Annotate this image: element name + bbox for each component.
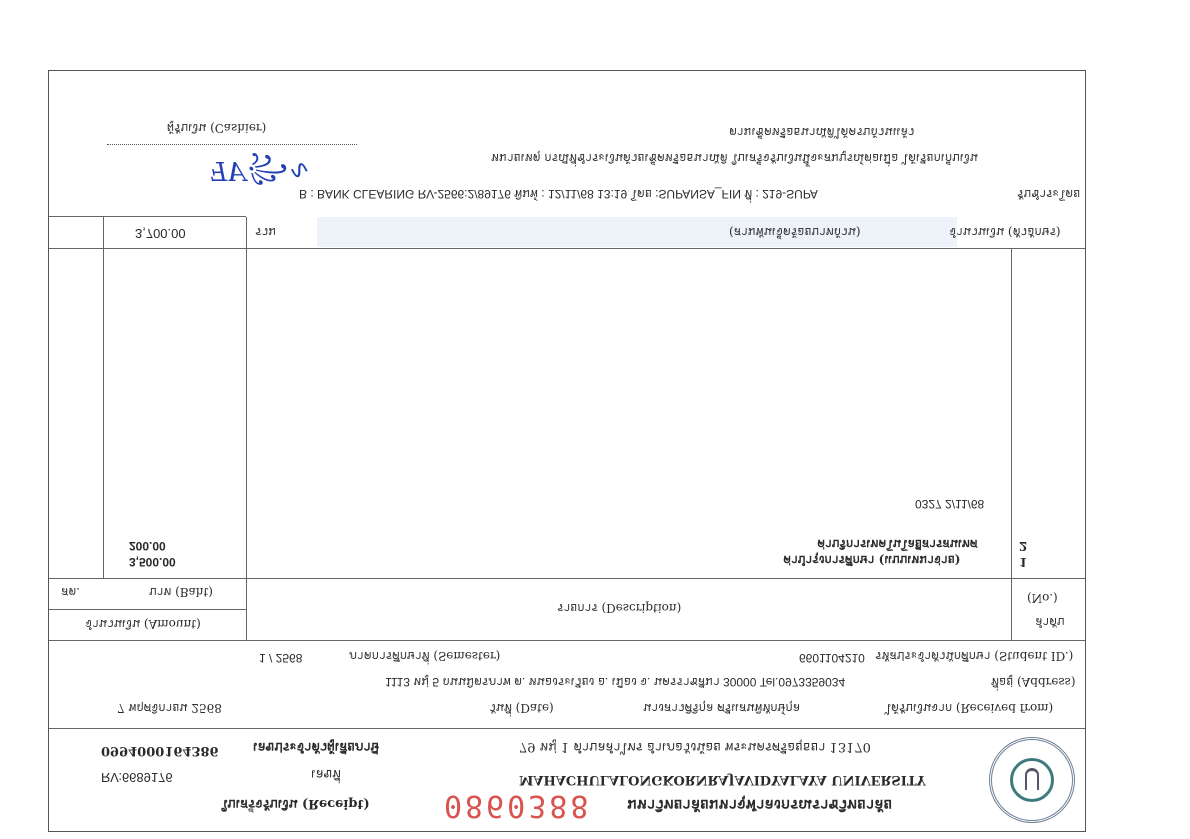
receipt-number: 0860388 (444, 788, 591, 823)
university-name-en: MAHACHULALONGKORNRAJAVIDYALAYA UNIVERSIT… (519, 772, 926, 787)
divider (49, 216, 246, 217)
ref-value: RV:6689176 (101, 770, 173, 785)
col-divider (246, 249, 247, 641)
col-divider (103, 217, 104, 249)
row-no: 1 (1019, 555, 1027, 569)
divider (49, 640, 1085, 641)
divider (49, 728, 1085, 729)
received-from-label: ได้รับเงินจาก (Received from) (885, 698, 1053, 717)
remark-line-2: ตามเช็คหรือธนาณัติได้ครบถ้วนแล้ว (729, 122, 914, 141)
university-address: 79 หมู่ 1 ตำบลลำไทร อำเภอวังน้อย พระนครศ… (519, 737, 871, 758)
university-seal-icon (989, 737, 1075, 823)
received-from-value: นางสาวศิริกุล ศรีแสนพิทักษ์กุล (643, 698, 800, 717)
col-no-en-header: (No.) (1027, 591, 1058, 605)
receipt-page: มหาวิทยาลัยมหาจุฬาลงกรณราชวิทยาลัย 08603… (0, 0, 1190, 839)
col-divider (246, 217, 247, 249)
address-value: 1113 หมู่ 5 ถนนมิตรภาพ ต. หนองระเวียง อ.… (385, 672, 845, 691)
ref-label: เลขที่ (311, 764, 341, 785)
divider (49, 248, 1085, 249)
col-amount-header: จำนวนเงิน (Amount) (85, 614, 201, 633)
flipped-document: มหาวิทยาลัยมหาจุฬาลงกรณราชวิทยาลัย 08603… (0, 0, 1190, 839)
semester-value: 1 / 2568 (259, 651, 302, 665)
tax-id-label: เลขประจำตัวผู้เสียภาษี (253, 737, 379, 758)
total-label: รวม (255, 222, 276, 241)
receipt-frame: มหาวิทยาลัยมหาจุฬาลงกรณราชวิทยาลัย 08603… (48, 70, 1086, 832)
signature-line (107, 144, 357, 145)
tax-id-value: 0994000164386 (101, 743, 219, 758)
total-value: 3,700.00 (135, 226, 186, 241)
address-label: ที่อยู่ (Address) (991, 672, 1076, 691)
cashier-signature: ꟻⱯ꧂∿ (209, 138, 308, 191)
student-id-label: รหัสประจำตัวนักศึกษา (Student ID.) (875, 646, 1073, 665)
university-name-th: มหาวิทยาลัยมหาจุฬาลงกรณราชวิทยาลัย (627, 793, 892, 817)
total-words-value: (สามพันเจ็ดร้อยบาทถ้วน) (729, 222, 861, 241)
payment-method-value: B : BANK CLEARING RV-2566:2/89176 พิมพ์ … (299, 184, 818, 203)
divider (49, 578, 1085, 579)
student-id-value: 6601104210 (799, 651, 865, 665)
col-no-header: ลำดับ (1035, 612, 1065, 631)
date-label: วันที่ (Date) (489, 698, 554, 717)
col-divider (103, 249, 104, 579)
cashier-label: ผู้รับเงิน (Cashier) (167, 118, 266, 137)
col-satang-header: สต. (61, 582, 80, 601)
remark-line-1: หมายเหตุ กรณีที่ชำระเงินด้วยเช็คหรือธนาณ… (491, 148, 978, 167)
divider (49, 609, 246, 610)
col-description-header: รายการ (Description) (557, 598, 681, 617)
total-words-shade (317, 217, 957, 247)
semester-label: ภาคการศึกษาที่ (Semester) (349, 646, 500, 665)
row-no: 2 (1019, 539, 1027, 553)
date-value: 7 พฤศจิกายน 2568 (117, 698, 222, 717)
payment-note: 0327 2/11/68 (915, 497, 984, 511)
col-divider (1011, 249, 1012, 641)
total-words-label: จำนวนเงิน (ตัวอักษร) (949, 222, 1061, 241)
receipt-title: ใบเสร็จรับเงิน (Receipt) (221, 794, 370, 815)
row-description: ค่าบริการเทคโนโลยีสารสนเทศ (817, 534, 977, 553)
row-amount: 3,500.00 (129, 555, 176, 569)
col-baht-header: บาท (Baht) (149, 582, 213, 601)
row-amount: 200.00 (129, 539, 166, 553)
payment-method-label: รับชำระโดย (1017, 184, 1080, 203)
